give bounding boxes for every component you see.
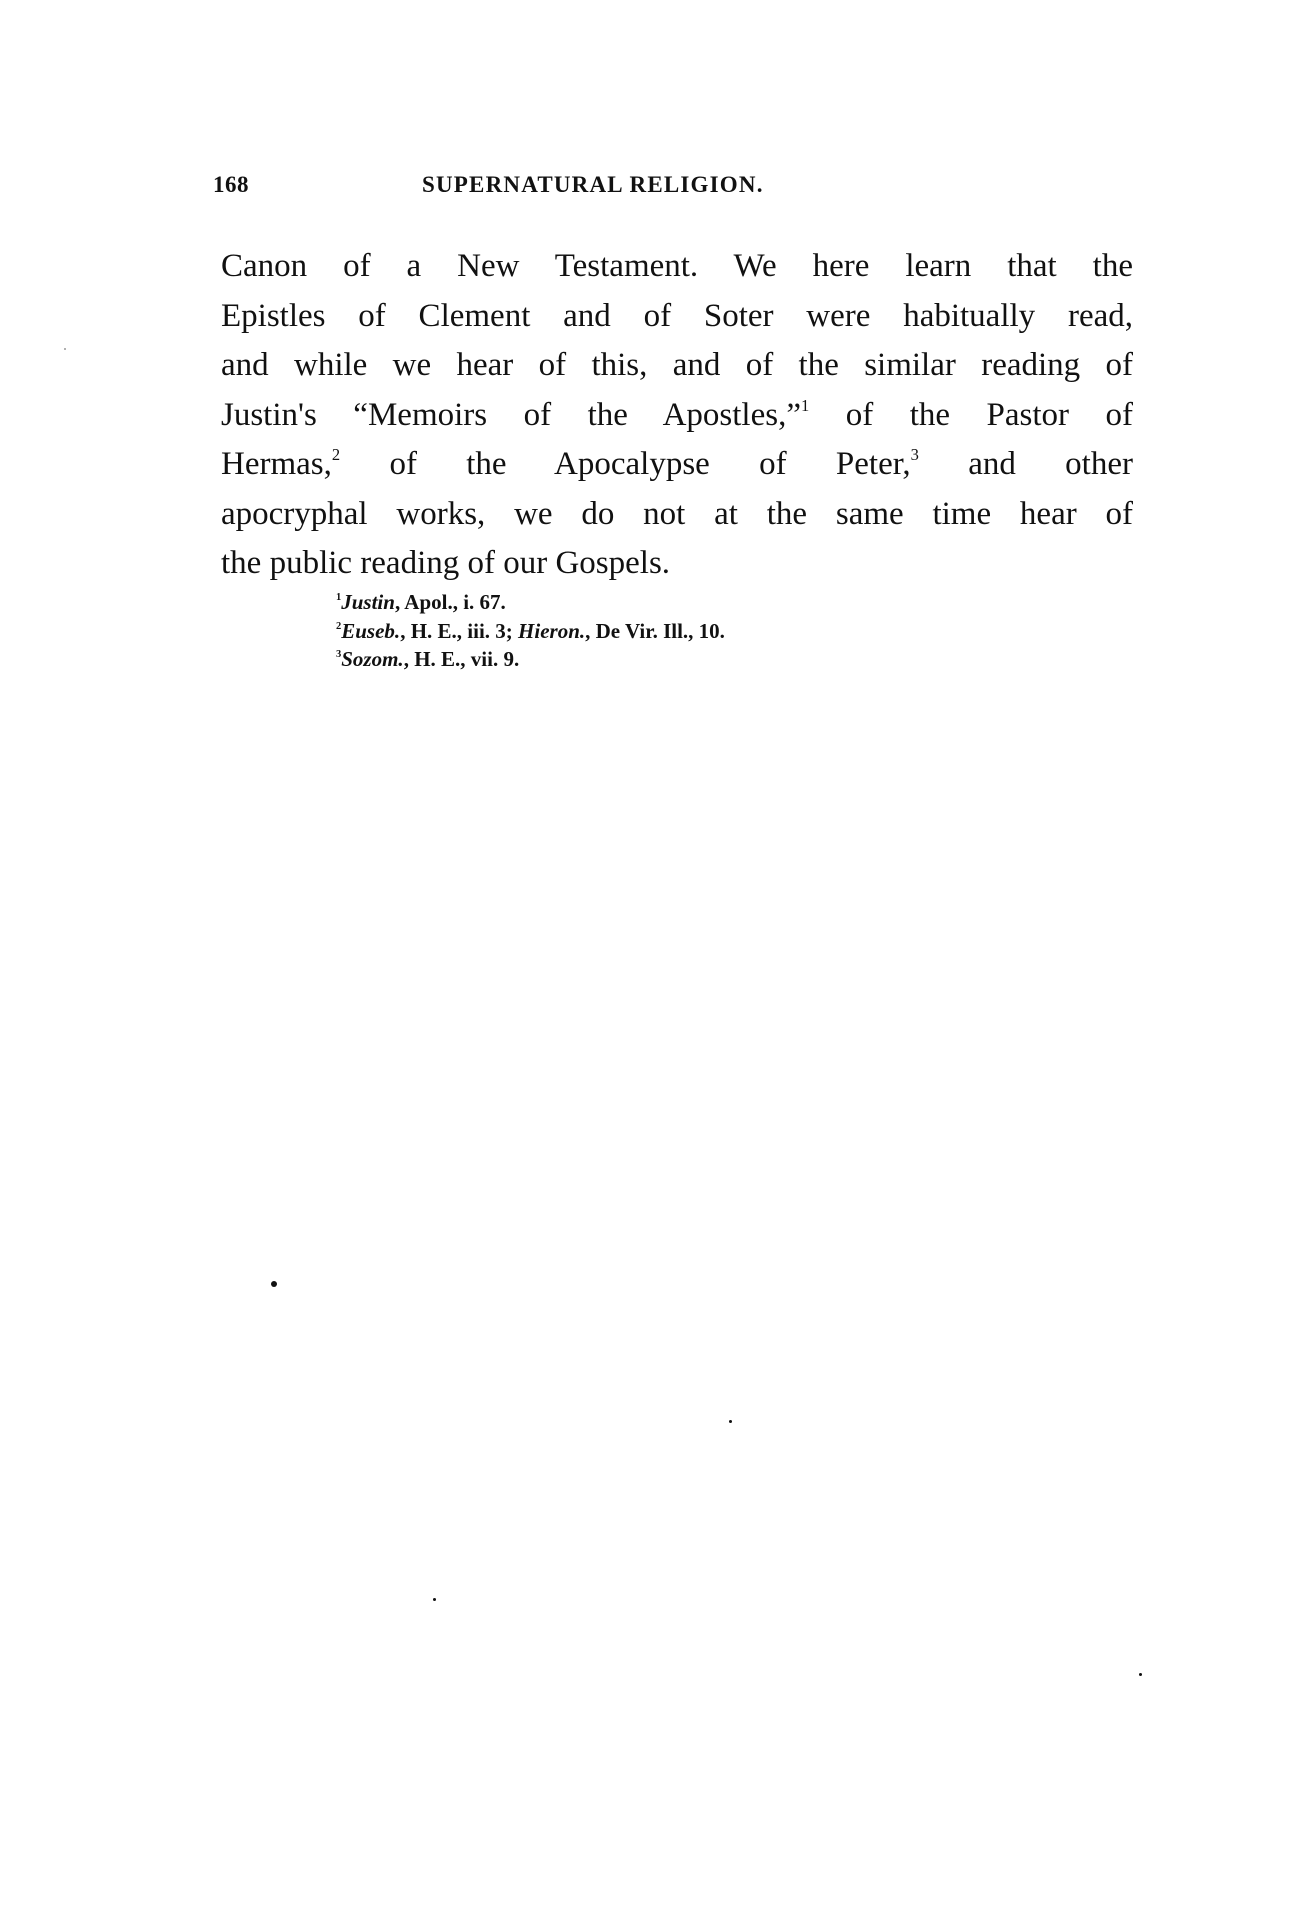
footnote-2-author-2: Hieron. — [518, 619, 585, 643]
scan-speck — [271, 1281, 277, 1287]
body-line-5-text-b: of the Apocalypse of Peter, — [340, 446, 911, 482]
footnotes: 1Justin, Apol., i. 67. 2Euseb., H. E., i… — [336, 588, 1036, 674]
body-line-1: Canon of a New Testament. We here learn … — [221, 242, 1133, 292]
body-line-5-text-a: Hermas, — [221, 446, 332, 482]
body-line-6: apocryphal works, we do not at the same … — [221, 490, 1133, 540]
footnote-1-citation: , Apol., i. 67. — [395, 590, 506, 614]
footnote-1-author: Justin — [341, 590, 395, 614]
footnote-2: 2Euseb., H. E., iii. 3; Hieron., De Vir.… — [336, 617, 1036, 646]
book-page: 168 SUPERNATURAL RELIGION. Canon of a Ne… — [0, 0, 1292, 1925]
page-number: 168 — [213, 172, 249, 198]
body-line-5: Hermas,2 of the Apocalypse of Peter,3 an… — [221, 440, 1133, 490]
scan-speck — [433, 1598, 436, 1601]
footnote-2-citation: , H. E., iii. 3; — [400, 619, 518, 643]
footnote-ref-2[interactable]: 2 — [332, 445, 340, 464]
body-line-7: the public reading of our Gospels. — [221, 539, 1133, 589]
body-line-4-text-cont: of the Pastor of — [809, 397, 1133, 433]
body-line-5-text-c: and other — [919, 446, 1133, 482]
running-title: SUPERNATURAL RELIGION. — [422, 172, 764, 198]
footnote-ref-3[interactable]: 3 — [911, 445, 919, 464]
body-line-3: and while we hear of this, and of the si… — [221, 341, 1133, 391]
body-paragraph: Canon of a New Testament. We here learn … — [221, 242, 1133, 589]
footnote-1: 1Justin, Apol., i. 67. — [336, 588, 1036, 617]
footnote-2-citation-2: , De Vir. Ill., 10. — [585, 619, 725, 643]
footnote-3-author: Sozom. — [341, 647, 403, 671]
body-line-4-text: Justin's “Memoirs of the Apostles,” — [221, 397, 801, 433]
scan-speck — [1139, 1673, 1142, 1676]
body-line-2: Epistles of Clement and of Soter were ha… — [221, 292, 1133, 342]
running-head: 168 SUPERNATURAL RELIGION. — [213, 172, 1133, 202]
body-line-4: Justin's “Memoirs of the Apostles,”1 of … — [221, 391, 1133, 441]
footnote-3-citation: , H. E., vii. 9. — [404, 647, 520, 671]
footnote-2-author: Euseb. — [341, 619, 400, 643]
footnote-ref-1[interactable]: 1 — [801, 395, 809, 414]
scan-speck — [64, 348, 66, 350]
footnote-3: 3Sozom., H. E., vii. 9. — [336, 645, 1036, 674]
scan-speck — [729, 1420, 732, 1423]
